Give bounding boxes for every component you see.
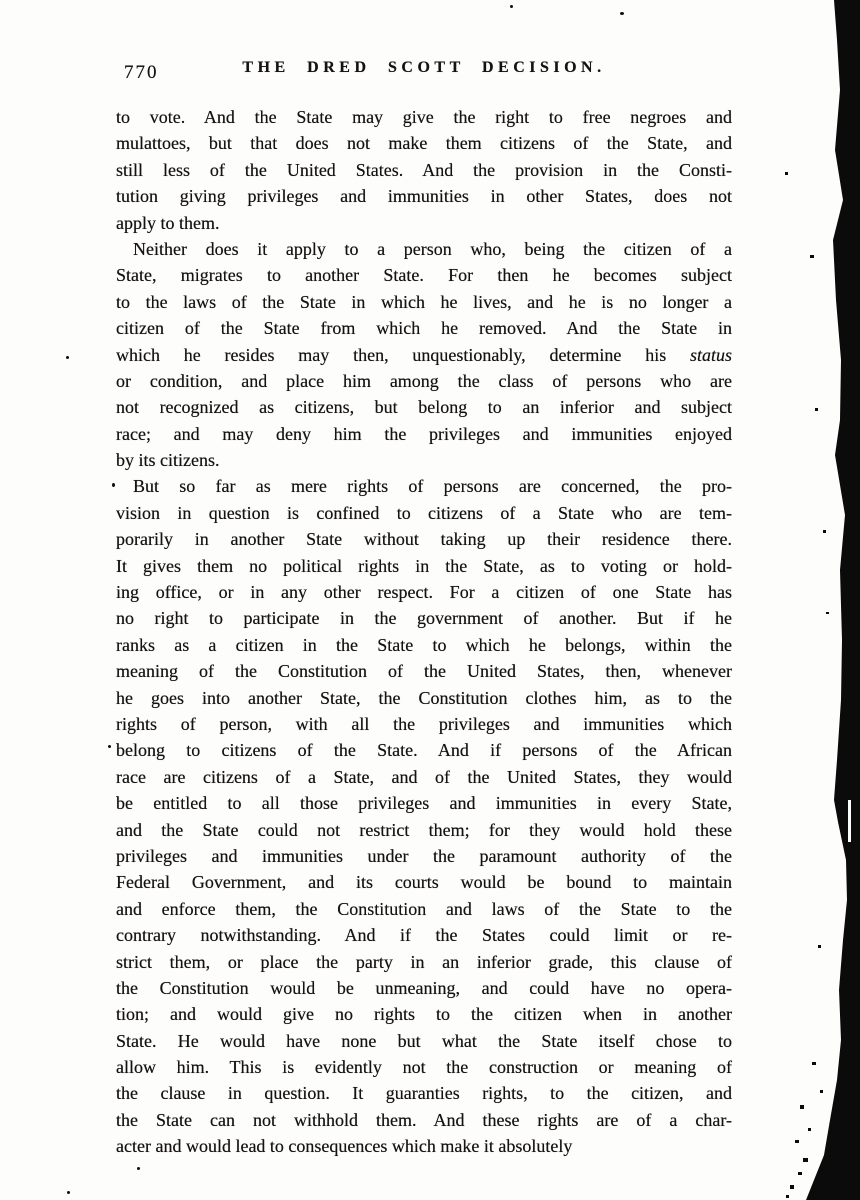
- text-line: the Constitution would be unmeaning, and…: [116, 975, 732, 1001]
- text-line: porarily in another State without taking…: [116, 526, 732, 552]
- text-line: belong to citizens of the State. And if …: [116, 737, 732, 763]
- text-line: and enforce them, the Constitution and l…: [116, 896, 732, 922]
- text-line: not recognized as citizens, but belong t…: [116, 394, 732, 420]
- text-line: mulattoes, but that does not make them c…: [116, 130, 732, 156]
- text-line: State, migrates to another State. For th…: [116, 262, 732, 288]
- text-line: be entitled to all those privileges and …: [116, 790, 732, 816]
- scanned-page: 770 THE DRED SCOTT DECISION. to vote. An…: [0, 0, 860, 1200]
- text-line: It gives them no political rights in the…: [116, 553, 732, 579]
- scan-speck: [108, 745, 111, 748]
- text-line: ing office, or in any other respect. For…: [116, 579, 732, 605]
- text-line: rights of person, with all the privilege…: [116, 711, 732, 737]
- scan-speck: [620, 12, 624, 15]
- text-line: apply to them.: [116, 210, 732, 236]
- text-line: which he resides may then, unquestionabl…: [116, 342, 732, 368]
- text-line: Neither does it apply to a person who, b…: [116, 236, 732, 262]
- text-line: tion; and would give no rights to the ci…: [116, 1001, 732, 1027]
- text-line: vision in question is confined to citize…: [116, 500, 732, 526]
- text-line: strict them, or place the party in an in…: [116, 949, 732, 975]
- text-line: by its citizens.: [116, 447, 732, 473]
- text-line: race are citizens of a State, and of the…: [116, 764, 732, 790]
- text-line: no right to participate in the governmen…: [116, 605, 732, 631]
- text-line: State. He would have none but what the S…: [116, 1028, 732, 1054]
- text-line: tution giving privileges and immunities …: [116, 183, 732, 209]
- text-line: and the State could not restrict them; f…: [116, 817, 732, 843]
- text-line: the clause in question. It guaranties ri…: [116, 1080, 732, 1106]
- text-line: contrary notwithstanding. And if the Sta…: [116, 922, 732, 948]
- text-line: citizen of the State from which he remov…: [116, 315, 732, 341]
- text-line: acter and would lead to consequences whi…: [116, 1133, 732, 1159]
- text-line: allow him. This is evidently not the con…: [116, 1054, 732, 1080]
- running-header-title: THE DRED SCOTT DECISION.: [116, 59, 732, 77]
- text-line: race; and may deny him the privileges an…: [116, 421, 732, 447]
- text-line: But so far as mere rights of persons are…: [116, 473, 732, 499]
- text-line: Federal Government, and its courts would…: [116, 869, 732, 895]
- page-number: 770: [124, 62, 159, 84]
- text-line: the State can not withhold them. And the…: [116, 1107, 732, 1133]
- text-line: meaning of the Constitution of the Unite…: [116, 658, 732, 684]
- text-line: ranks as a citizen in the State to which…: [116, 632, 732, 658]
- running-header: 770 THE DRED SCOTT DECISION.: [116, 59, 732, 85]
- scan-speck: [67, 1191, 70, 1194]
- scan-speck: [112, 483, 115, 487]
- scan-speck: [510, 5, 513, 8]
- scan-speck: [66, 356, 69, 359]
- page-text: to vote. And the State may give the righ…: [116, 104, 732, 1160]
- text-line: privileges and immunities under the para…: [116, 843, 732, 869]
- text-line: to vote. And the State may give the righ…: [116, 104, 732, 130]
- text-line: still less of the United States. And the…: [116, 157, 732, 183]
- text-line: he goes into another State, the Constitu…: [116, 685, 732, 711]
- text-line: or condition, and place him among the cl…: [116, 368, 732, 394]
- text-line: to the laws of the State in which he liv…: [116, 289, 732, 315]
- scan-speck: [137, 1167, 140, 1170]
